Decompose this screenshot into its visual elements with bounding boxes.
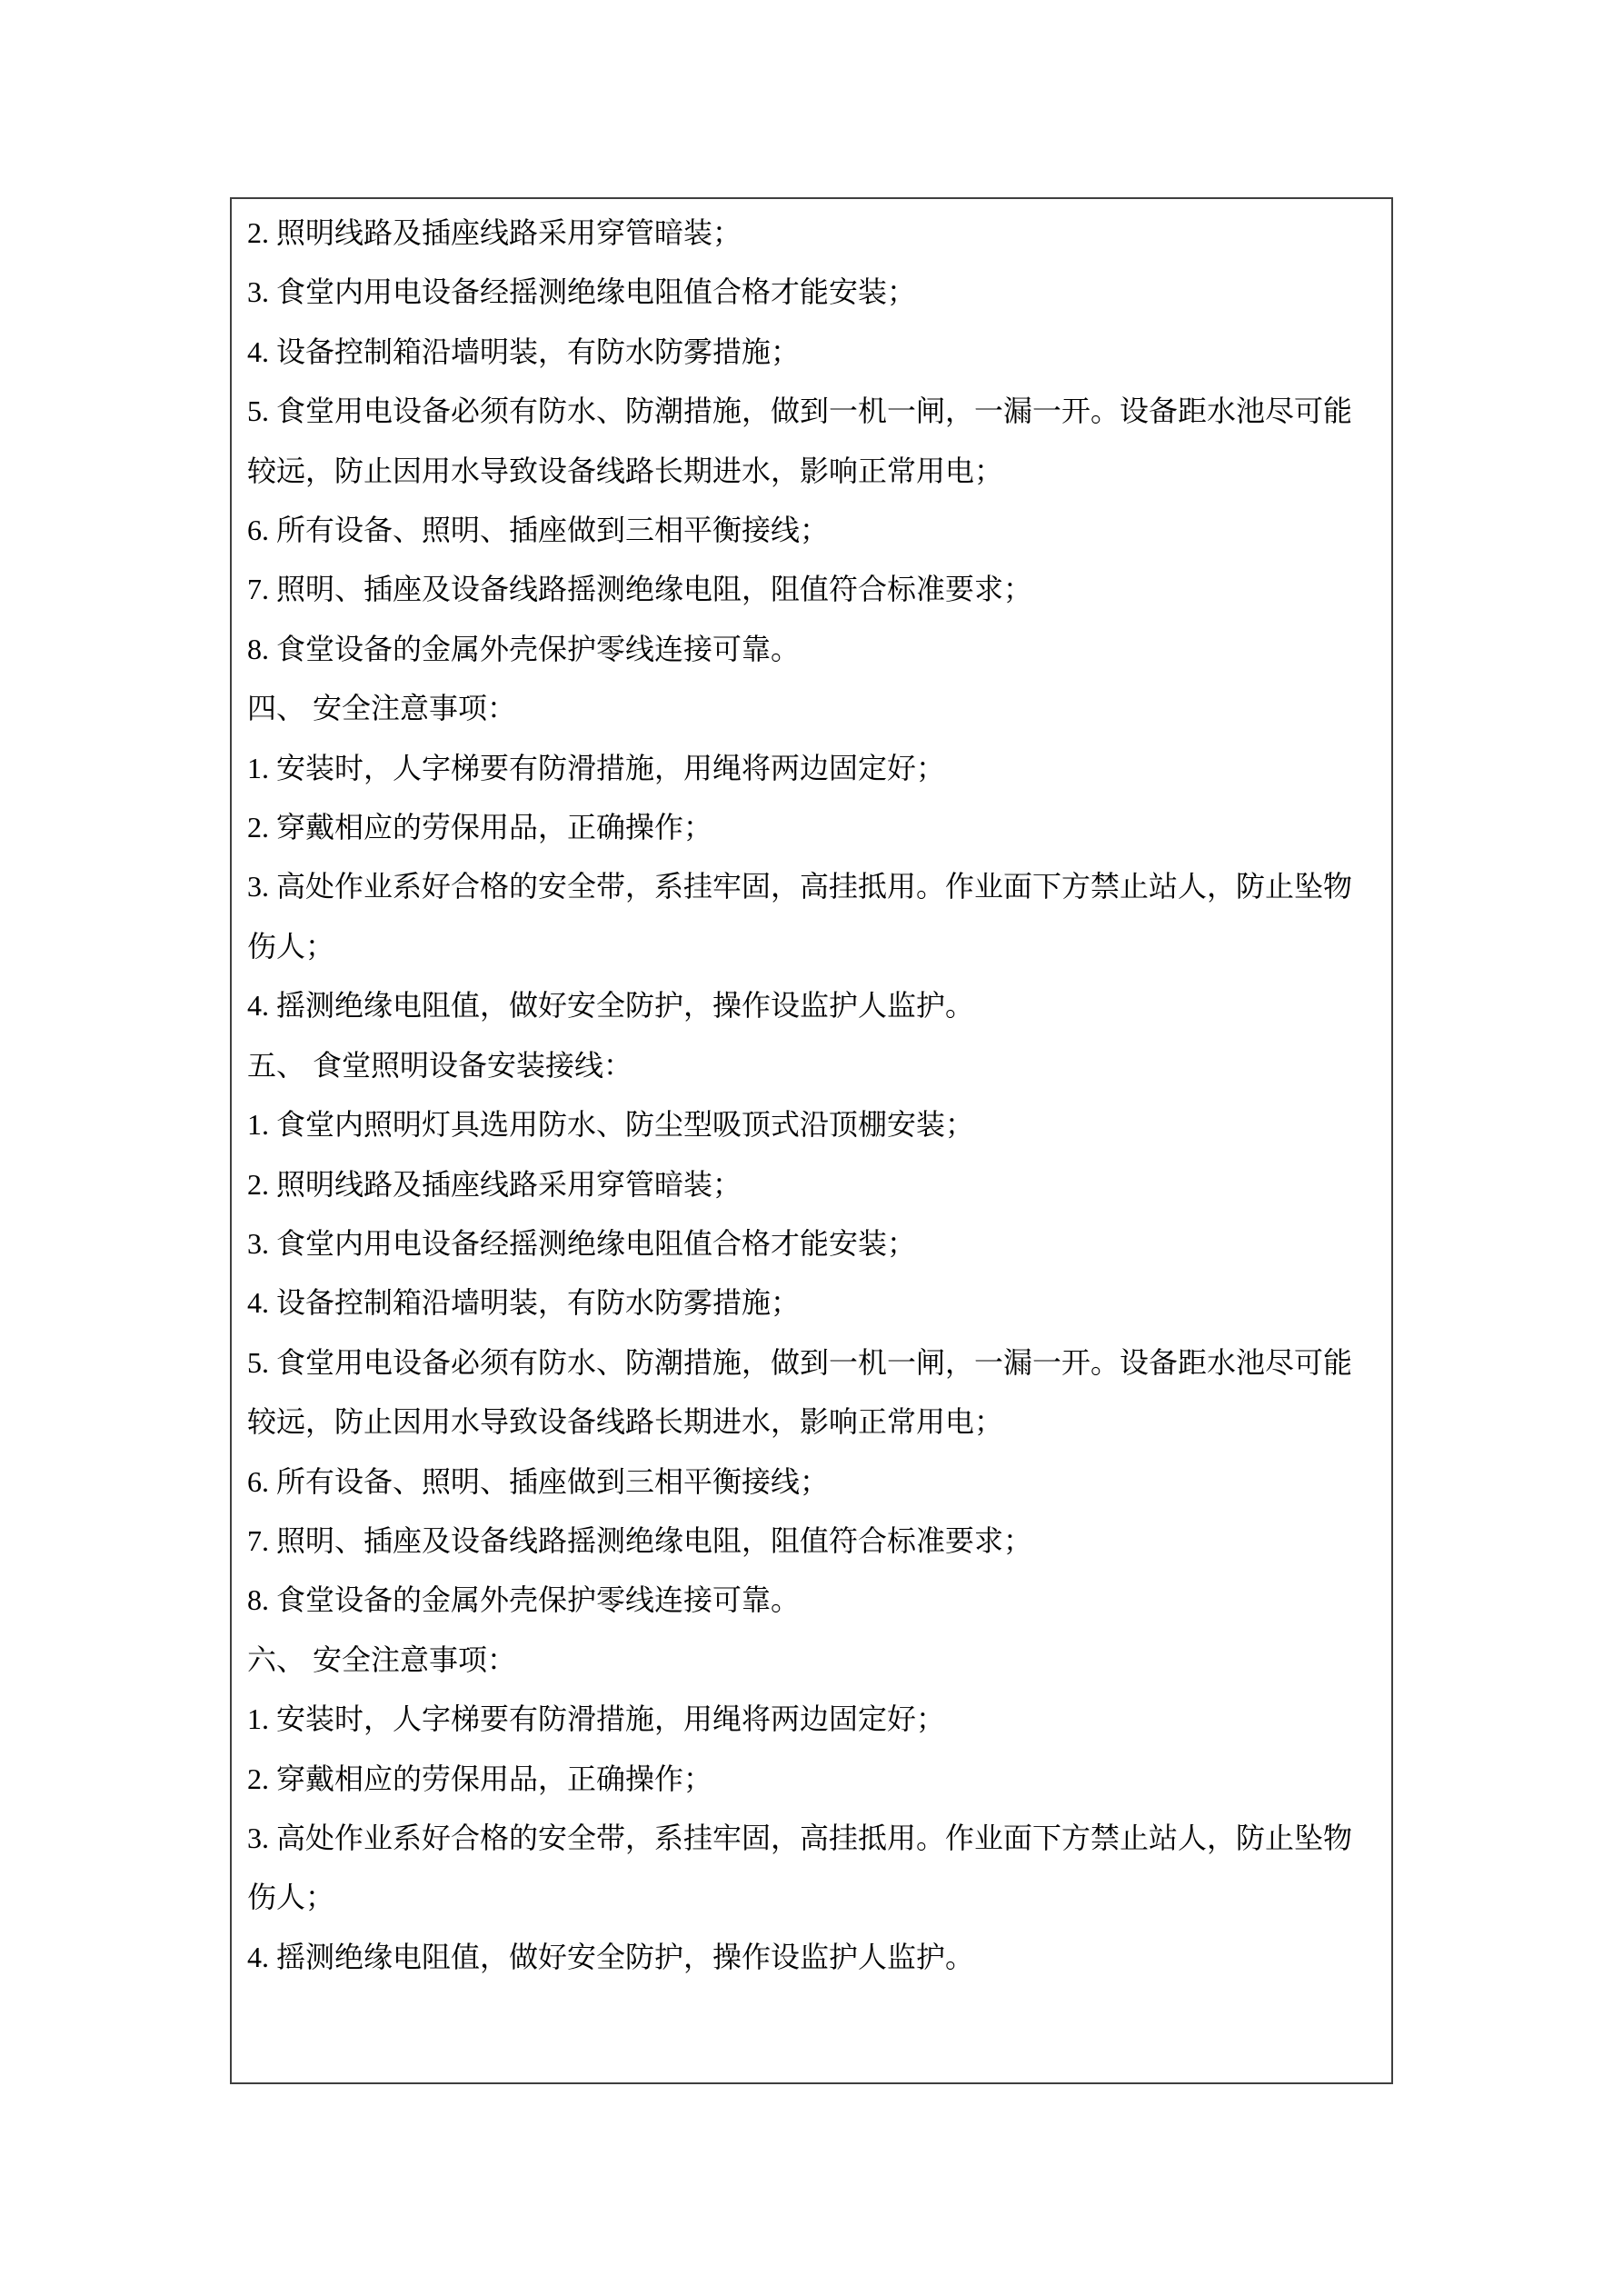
document-text-content: 2. 照明线路及插座线路采用穿管暗装；3. 食堂内用电设备经摇测绝缘电阻值合格才…	[232, 199, 1391, 1987]
text-line: 8. 食堂设备的金属外壳保护零线连接可靠。	[247, 620, 1373, 679]
text-line: 6. 所有设备、照明、插座做到三相平衡接线；	[247, 1452, 1373, 1512]
table-cell-border: 2. 照明线路及插座线路采用穿管暗装；3. 食堂内用电设备经摇测绝缘电阻值合格才…	[230, 197, 1393, 2084]
text-line: 四、 安全注意事项：	[247, 679, 1373, 738]
text-line: 2. 照明线路及插座线路采用穿管暗装；	[247, 1155, 1373, 1214]
text-line: 2. 穿戴相应的劳保用品，正确操作；	[247, 798, 1373, 857]
document-page: { "page": { "background_color": "#ffffff…	[0, 0, 1623, 2296]
text-line: 8. 食堂设备的金属外壳保护零线连接可靠。	[247, 1571, 1373, 1630]
text-line: 2. 照明线路及插座线路采用穿管暗装；	[247, 204, 1373, 263]
text-line: 3. 高处作业系好合格的安全带，系挂牢固，高挂抵用。作业面下方禁止站人，防止坠物	[247, 857, 1373, 916]
text-line: 4. 设备控制箱沿墙明装，有防水防雾措施；	[247, 1273, 1373, 1333]
text-line: 伤人；	[247, 917, 1373, 976]
text-line: 3. 食堂内用电设备经摇测绝缘电阻值合格才能安装；	[247, 1214, 1373, 1273]
text-line: 2. 穿戴相应的劳保用品，正确操作；	[247, 1750, 1373, 1809]
text-line: 5. 食堂用电设备必须有防水、防潮措施，做到一机一闸，一漏一开。设备距水池尽可能	[247, 1333, 1373, 1393]
text-line: 4. 设备控制箱沿墙明装，有防水防雾措施；	[247, 323, 1373, 382]
text-line: 6. 所有设备、照明、插座做到三相平衡接线；	[247, 501, 1373, 560]
text-line: 六、 安全注意事项：	[247, 1631, 1373, 1690]
text-line: 3. 食堂内用电设备经摇测绝缘电阻值合格才能安装；	[247, 263, 1373, 322]
text-line: 1. 安装时，人字梯要有防滑措施，用绳将两边固定好；	[247, 1690, 1373, 1749]
text-line: 五、 食堂照明设备安装接线：	[247, 1036, 1373, 1095]
text-line: 7. 照明、插座及设备线路摇测绝缘电阻，阻值符合标准要求；	[247, 560, 1373, 619]
text-line: 较远，防止因用水导致设备线路长期进水，影响正常用电；	[247, 1393, 1373, 1452]
text-line: 7. 照明、插座及设备线路摇测绝缘电阻，阻值符合标准要求；	[247, 1512, 1373, 1571]
text-line: 3. 高处作业系好合格的安全带，系挂牢固，高挂抵用。作业面下方禁止站人，防止坠物	[247, 1809, 1373, 1868]
text-line: 4. 摇测绝缘电阻值，做好安全防护，操作设监护人监护。	[247, 1928, 1373, 1987]
text-line: 5. 食堂用电设备必须有防水、防潮措施，做到一机一闸，一漏一开。设备距水池尽可能	[247, 382, 1373, 441]
text-line: 伤人；	[247, 1868, 1373, 1927]
text-line: 较远，防止因用水导致设备线路长期进水，影响正常用电；	[247, 442, 1373, 501]
text-line: 1. 安装时，人字梯要有防滑措施，用绳将两边固定好；	[247, 739, 1373, 798]
text-line: 1. 食堂内照明灯具选用防水、防尘型吸顶式沿顶棚安装；	[247, 1095, 1373, 1154]
text-line: 4. 摇测绝缘电阻值，做好安全防护，操作设监护人监护。	[247, 976, 1373, 1035]
